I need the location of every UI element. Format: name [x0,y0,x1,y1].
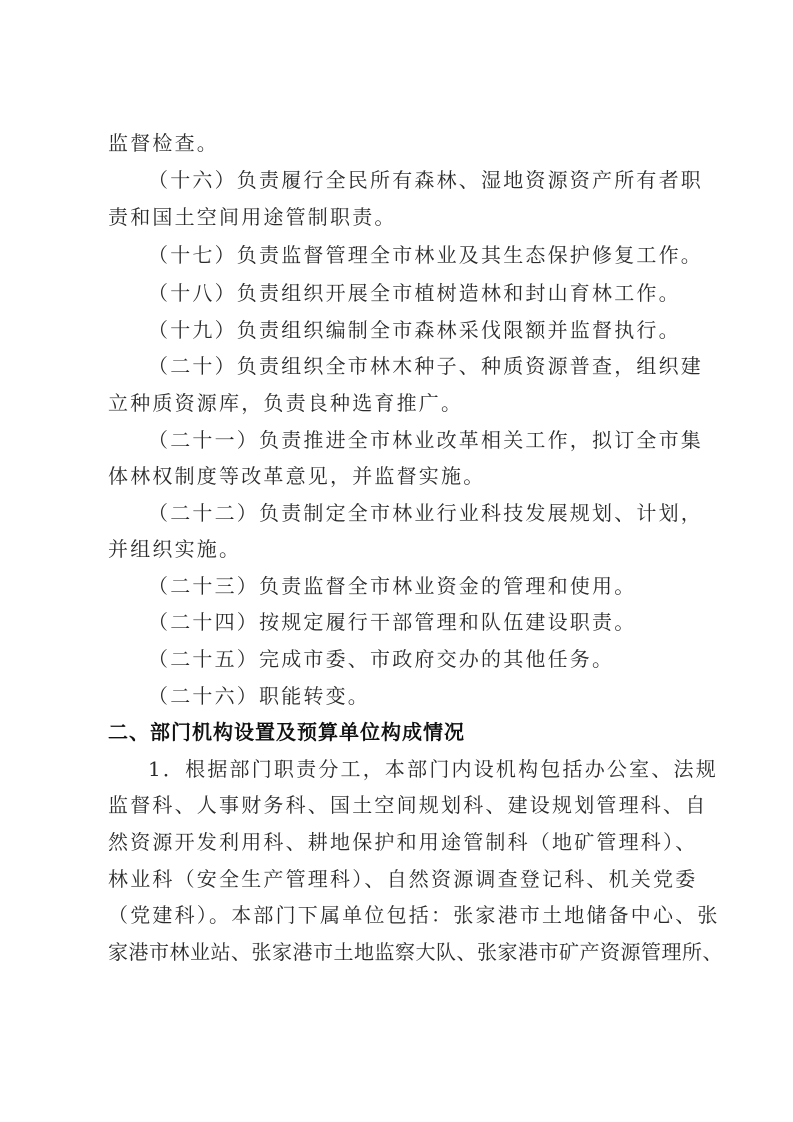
text-line: （二十四）按规定履行干部管理和队伍建设职责。 [148,610,690,634]
document-page: 监督检查。 （十六）负责履行全民所有森林、湿地资源资产所有者职 责和国土空间用途… [0,0,793,1122]
text-line: 监督检查。 [108,131,690,155]
text-line: （二十二）负责制定全市林业行业科技发展规划、计划， [148,501,690,525]
section-heading: 二、部门机构设置及预算单位构成情况 [108,720,690,744]
text-line: （二十三）负责监督全市林业资金的管理和使用。 [148,574,690,598]
text-line: （二十六）职能转变。 [148,684,690,708]
text-line: 家港市林业站、张家港市土地监察大队、张家港市矿产资源管理所、 [108,940,690,964]
text-line: 并组织实施。 [108,537,690,561]
text-line: 立种质资源库，负责良种选育推广。 [108,391,690,415]
text-line: （十六）负责履行全民所有森林、湿地资源资产所有者职 [148,168,690,192]
text-line: 然资源开发利用科、耕地保护和用途管制科（地矿管理科）、 [108,830,690,854]
text-line: （十七）负责监督管理全市林业及其生态保护修复工作。 [148,243,690,267]
text-line: （党建科）。本部门下属单位包括：张家港市土地储备中心、张 [108,903,690,927]
text-line: 监督科、人事财务科、国土空间规划科、建设规划管理科、自 [108,793,690,817]
text-line: 1．根据部门职责分工，本部门内设机构包括办公室、法规 [148,757,690,781]
text-line: （十九）负责组织编制全市森林采伐限额并监督执行。 [148,318,690,342]
text-line: （十八）负责组织开展全市植树造林和封山育林工作。 [148,281,690,305]
text-line: 林业科（安全生产管理科）、自然资源调查登记科、机关党委 [108,867,690,891]
text-line: 体林权制度等改革意见，并监督实施。 [108,464,690,488]
text-line: （二十一）负责推进全市林业改革相关工作，拟订全市集 [148,428,690,452]
text-line: 责和国土空间用途管制职责。 [108,205,690,229]
text-line: （二十五）完成市委、市政府交办的其他任务。 [148,647,690,671]
text-line: （二十）负责组织全市林木种子、种质资源普查，组织建 [148,354,690,378]
